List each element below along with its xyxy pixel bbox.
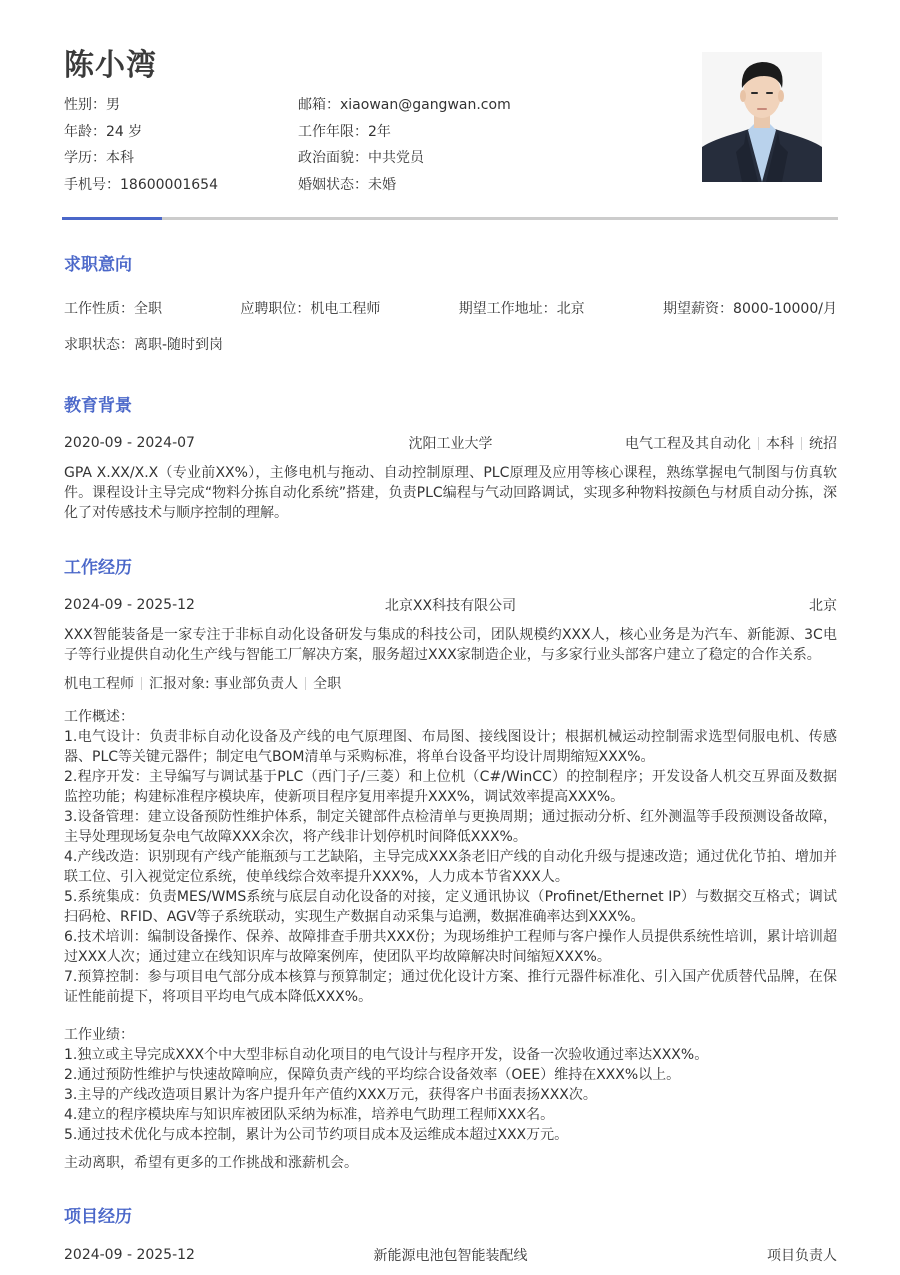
- intent-position: 应聘职位：机电工程师: [240, 298, 380, 318]
- overview-item: 2.程序开发：主导编写与调试基于PLC（西门子/三菱）和上位机（C#/WinCC…: [64, 767, 837, 807]
- separator: [141, 677, 142, 690]
- header-divider: [62, 217, 838, 220]
- job-intent-row: 工作性质：全职 应聘职位：机电工程师 期望工作地址：北京 期望薪资：8000-1…: [64, 298, 837, 318]
- achievement-item: 2.通过预防性维护与快速故障响应，保障负责产线的平均综合设备效率（OEE）维持在…: [64, 1065, 837, 1085]
- section-title-projects: 项目经历: [64, 1202, 132, 1227]
- personal-info: 性别：男 邮箱：xiaowan@gangwan.com 年龄：24 岁 工作年限…: [64, 94, 624, 200]
- info-phone: 手机号：18600001654: [64, 174, 298, 201]
- work-achievements-title: 工作业绩：: [64, 1025, 837, 1045]
- work-location: 北京: [809, 595, 837, 615]
- work-header: 2024-09 - 2025-12 北京XX科技有限公司 北京: [64, 595, 837, 615]
- person-photo-icon: [702, 52, 822, 182]
- achievement-item: 4.建立的程序模块库与知识库被团队采纳为标准，培养电气助理工程师XXX名。: [64, 1105, 837, 1125]
- separator: [758, 437, 759, 450]
- overview-item: 3.设备管理：建立设备预防性维护体系，制定关键部件点检清单与更换周期；通过振动分…: [64, 807, 837, 847]
- info-age: 年龄：24 岁: [64, 121, 298, 148]
- info-political-status: 政治面貌：中共党员: [298, 147, 618, 174]
- education-description: GPA X.XX/X.X（专业前XX%），主修电机与拖动、自动控制原理、PLC原…: [64, 463, 837, 523]
- work-overview: 工作概述： 1.电气设计：负责非标自动化设备及产线的电气原理图、布局图、接线图设…: [64, 707, 837, 1007]
- leave-reason: 主动离职，希望有更多的工作挑战和涨薪机会。: [64, 1153, 837, 1173]
- header-divider-accent: [62, 217, 162, 220]
- work-overview-title: 工作概述：: [64, 707, 837, 727]
- achievement-item: 5.通过技术优化与成本控制，累计为公司节约项目成本及运维成本超过XXX万元。: [64, 1125, 837, 1145]
- work-achievements: 工作业绩： 1.独立或主导完成XXX个中大型非标自动化项目的电气设计与程序开发，…: [64, 1025, 837, 1145]
- overview-item: 4.产线改造：识别现有产线产能瓶颈与工艺缺陷，主导完成XXX条老旧产线的自动化升…: [64, 847, 837, 887]
- intent-status: 求职状态：离职-随时到岗: [64, 334, 837, 354]
- separator: [801, 437, 802, 450]
- info-education: 学历：本科: [64, 147, 298, 174]
- project-role: 项目负责人: [767, 1245, 837, 1265]
- separator: [305, 677, 306, 690]
- info-work-years: 工作年限：2年: [298, 121, 618, 148]
- overview-item: 7.预算控制：参与项目电气部分成本核算与预算制定；通过优化设计方案、推行元器件标…: [64, 967, 837, 1007]
- achievement-item: 1.独立或主导完成XXX个中大型非标自动化项目的电气设计与程序开发，设备一次验收…: [64, 1045, 837, 1065]
- intent-salary: 期望薪资：8000-10000/月: [663, 298, 837, 318]
- info-marital-status: 婚姻状态：未婚: [298, 174, 618, 201]
- project-header: 2024-09 - 2025-12 新能源电池包智能装配线 项目负责人: [64, 1245, 837, 1265]
- education-period: 2020-09 - 2024-07: [64, 435, 195, 451]
- candidate-name: 陈小湾: [64, 40, 157, 84]
- project-name: 新能源电池包智能装配线: [374, 1248, 528, 1264]
- education-meta: 电气工程及其自动化本科统招: [625, 433, 837, 453]
- achievement-item: 3.主导的产线改造项目累计为客户提升年产值约XXX万元，获得客户书面表扬XXX次…: [64, 1085, 837, 1105]
- profile-photo: [702, 52, 822, 182]
- work-period: 2024-09 - 2025-12: [64, 597, 195, 613]
- education-school: 沈阳工业大学: [409, 436, 493, 452]
- work-company: 北京XX科技有限公司: [385, 598, 516, 614]
- section-title-education: 教育背景: [64, 391, 132, 416]
- intent-job-type: 工作性质：全职: [64, 298, 162, 318]
- info-email: 邮箱：xiaowan@gangwan.com: [298, 94, 618, 121]
- intent-location: 期望工作地址：北京: [459, 298, 585, 318]
- education-header: 2020-09 - 2024-07 沈阳工业大学 电气工程及其自动化本科统招: [64, 433, 837, 453]
- project-period: 2024-09 - 2025-12: [64, 1247, 195, 1263]
- company-intro: XXX智能装备是一家专注于非标自动化设备研发与集成的科技公司，团队规模约XXX人…: [64, 625, 837, 665]
- section-title-job-intent: 求职意向: [64, 250, 132, 275]
- overview-item: 1.电气设计：负责非标自动化设备及产线的电气原理图、布局图、接线图设计；根据机械…: [64, 727, 837, 767]
- work-meta: 机电工程师汇报对象: 事业部负责人全职: [64, 673, 837, 693]
- overview-item: 6.技术培训：编制设备操作、保养、故障排查手册共XXX份；为现场维护工程师与客户…: [64, 927, 837, 967]
- overview-item: 5.系统集成：负责MES/WMS系统与底层自动化设备的对接，定义通讯协议（Pro…: [64, 887, 837, 927]
- section-title-work: 工作经历: [64, 553, 132, 578]
- info-gender: 性别：男: [64, 94, 298, 121]
